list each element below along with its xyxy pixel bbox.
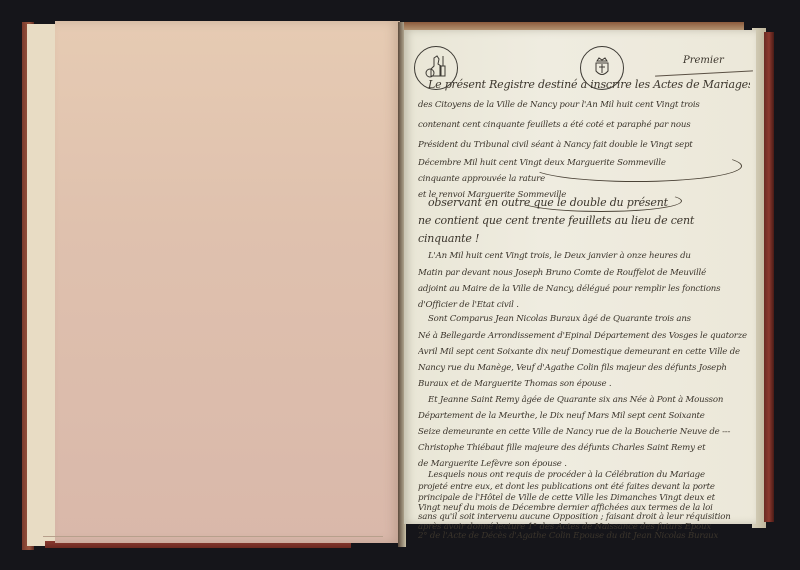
- right-cover-edge: [764, 32, 774, 522]
- register-line: 2° de l'Acte de Décès d'Agathe Colin Epo…: [418, 531, 750, 541]
- register-line: Nancy rue du Manège, Veuf d'Agathe Colin…: [418, 363, 750, 373]
- register-line: L'An Mil huit cent Vingt trois, le Deux …: [418, 251, 750, 261]
- register-line: Département de la Meurthe, le Dix neuf M…: [418, 411, 750, 421]
- folio-label: Premier: [683, 55, 724, 66]
- register-line: des Citoyens de la Ville de Nancy pour l…: [418, 100, 750, 110]
- register-line: d'Officier de l'Etat civil .: [418, 300, 750, 310]
- register-line: Président du Tribunal civil séant à Nanc…: [418, 140, 750, 150]
- register-note-line: observant en outre que le double du prés…: [418, 196, 750, 209]
- signature-flourish: [530, 150, 742, 182]
- register-line: Et Jeanne Saint Remy âgée de Quarante si…: [418, 395, 750, 405]
- register-line: Sont Comparus Jean Nicolas Buraux âgé de…: [418, 314, 750, 324]
- register-line: Né à Bellegarde Arrondissement d'Epinal …: [418, 331, 750, 341]
- left-flyleaf: [27, 24, 58, 546]
- register-line: contenant cent cinquante feuillets a été…: [418, 120, 750, 130]
- register-line: de Marguerite Lefèvre son épouse .: [418, 459, 750, 469]
- register-line: Avril Mil sept cent Soixante dix neuf Do…: [418, 347, 750, 357]
- register-line: projeté entre eux, et dont les publicati…: [418, 482, 750, 492]
- register-line: Lesquels nous ont requis de procéder à l…: [418, 470, 750, 480]
- register-line: Le présent Registre destiné à inscrire l…: [418, 78, 750, 91]
- left-endpaper-page: [55, 21, 400, 543]
- register-line: adjoint au Maire de la Ville de Nancy, d…: [418, 284, 750, 294]
- register-line: principale de l'Hôtel de Ville de cette …: [418, 493, 750, 503]
- register-line: sans qu'il soit intervenu aucune Opposit…: [418, 512, 750, 522]
- register-line: Seize demeurante en cette Ville de Nancy…: [418, 427, 750, 437]
- register-note-line: cinquante !: [418, 232, 750, 245]
- book-spread: Premier Le présent Registre destiné à in…: [0, 0, 800, 570]
- register-line: Matin par devant nous Joseph Bruno Comte…: [418, 268, 750, 278]
- register-note-line: ne contient que cent trente feuillets au…: [418, 214, 750, 227]
- register-line: Buraux et de Marguerite Thomas son épous…: [418, 379, 750, 389]
- register-line: Christophe Thiébaut fille majeure des dé…: [418, 443, 750, 453]
